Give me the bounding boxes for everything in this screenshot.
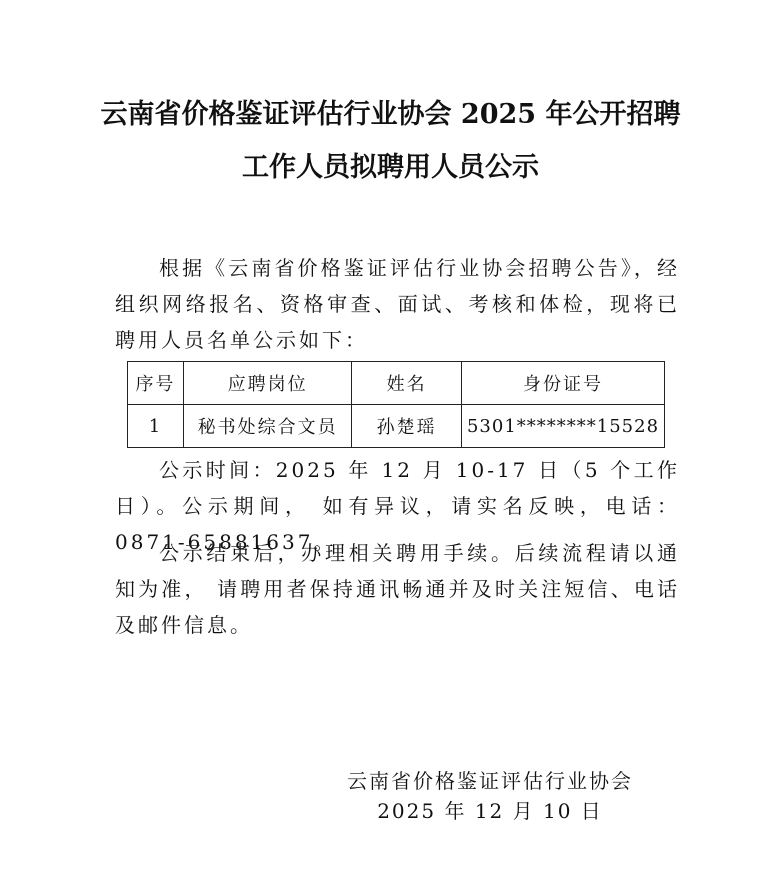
cell-id-number: 5301********15528 [462, 405, 665, 448]
header-name: 姓名 [352, 362, 462, 405]
document-title-line-2: 工作人员拟聘用人员公示 [0, 145, 781, 184]
document-title-line-1: 云南省价格鉴证评估行业协会 2025 年公开招聘 [0, 92, 781, 131]
signature-date: 2025 年 12 月 10 日 [330, 795, 650, 824]
hired-personnel-table: 序号 应聘岗位 姓名 身份证号 1 秘书处综合文员 孙楚瑶 5301******… [127, 361, 665, 448]
header-index: 序号 [128, 362, 184, 405]
table-row: 1 秘书处综合文员 孙楚瑶 5301********15528 [128, 405, 665, 448]
signature-organization: 云南省价格鉴证评估行业协会 [330, 765, 650, 794]
intro-paragraph: 根据《云南省价格鉴证评估行业协会招聘公告》，经组织网络报名、资格审查、面试、考核… [115, 250, 680, 358]
table-header-row: 序号 应聘岗位 姓名 身份证号 [128, 362, 665, 405]
header-position: 应聘岗位 [183, 362, 351, 405]
header-id-number: 身份证号 [462, 362, 665, 405]
followup-paragraph: 公示结束后，办理相关聘用手续。后续流程请以通知为准， 请聘用者保持通讯畅通并及时… [115, 535, 680, 643]
cell-position: 秘书处综合文员 [183, 405, 351, 448]
cell-name: 孙楚瑶 [352, 405, 462, 448]
cell-index: 1 [128, 405, 184, 448]
